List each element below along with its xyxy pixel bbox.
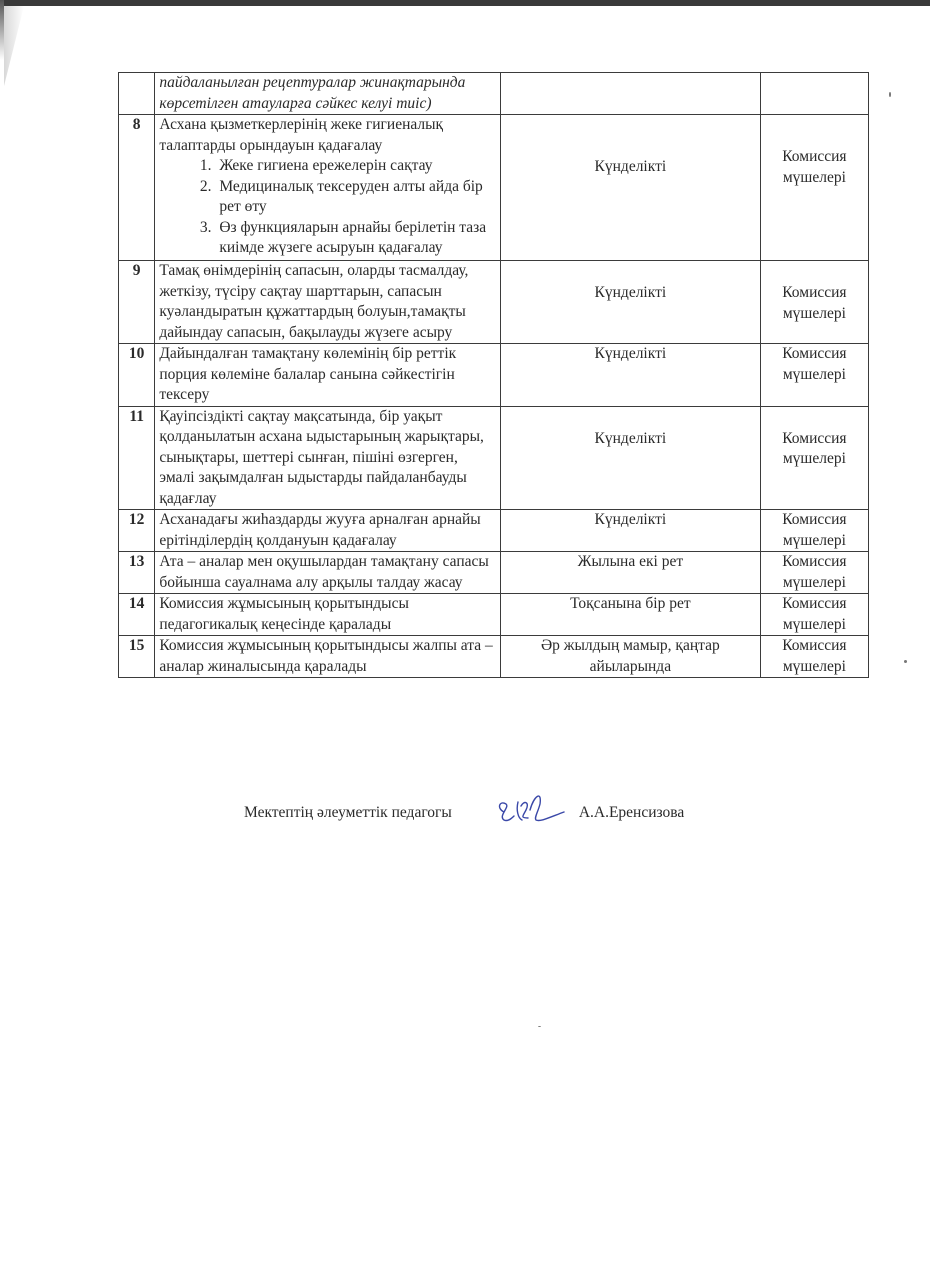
row-number: 14 — [119, 594, 155, 636]
table-row: 13 Ата – аналар мен оқушылардан тамақтан… — [119, 552, 869, 594]
row-description: Қауіпсіздікті сақтау мақсатында, бір уақ… — [155, 406, 501, 510]
table-row: 15 Комиссия жұмысының қорытындысы жалпы … — [119, 636, 869, 678]
row-frequency: Күнделікті — [500, 406, 760, 510]
row-responsible: Комиссия мүшелері — [760, 594, 868, 636]
handwritten-signature-icon — [494, 782, 569, 832]
row-frequency: Күнделікті — [500, 510, 760, 552]
row-frequency — [500, 73, 760, 115]
row-description: Дайындалған тамақтану көлемінің бір ретт… — [155, 344, 501, 407]
row-description: Комиссия жұмысының қорытындысы жалпы ата… — [155, 636, 501, 678]
row-number: 15 — [119, 636, 155, 678]
control-plan-table: пайдаланылған рецептуралар жинақтарында … — [118, 72, 869, 678]
row-description: Комиссия жұмысының қорытындысы педагогик… — [155, 594, 501, 636]
scan-speck — [889, 92, 891, 97]
row-responsible: Комиссия мүшелері — [760, 636, 868, 678]
table-row: 14 Комиссия жұмысының қорытындысы педаго… — [119, 594, 869, 636]
table-row: 9 Тамақ өнімдерінің сапасын, оларды тасм… — [119, 261, 869, 344]
row-responsible: Комиссия мүшелері — [760, 115, 868, 261]
row-number: 8 — [119, 115, 155, 261]
row-frequency: Жылына екі рет — [500, 552, 760, 594]
table-row: 12 Асханадағы жиһаздарды жууға арналған … — [119, 510, 869, 552]
row-responsible: Комиссия мүшелері — [760, 261, 868, 344]
subitem-list: Жеке гигиена ережелерін сақтау Медицинал… — [159, 156, 496, 259]
row-frequency: Күнделікті — [500, 344, 760, 407]
row-frequency: Күнделікті — [500, 115, 760, 261]
row-number: 9 — [119, 261, 155, 344]
row-description: пайдаланылған рецептуралар жинақтарында … — [155, 73, 501, 115]
row-description: Тамақ өнімдерінің сапасын, оларды тасмал… — [155, 261, 501, 344]
row-description: Асхана қызметкерлерінің жеке гигиеналық … — [155, 115, 501, 261]
subitem: Медициналық тексеруден алты айда бір рет… — [215, 177, 496, 218]
row-responsible: Комиссия мүшелері — [760, 344, 868, 407]
row-number: 11 — [119, 406, 155, 510]
subitem: Жеке гигиена ережелерін сақтау — [215, 156, 496, 177]
table-row-continuation: пайдаланылған рецептуралар жинақтарында … — [119, 73, 869, 115]
signatory-name: А.А.Еренсизова — [579, 804, 684, 822]
row-responsible: Комиссия мүшелері — [760, 406, 868, 510]
row-number-cell — [119, 73, 155, 115]
row-number: 13 — [119, 552, 155, 594]
row-frequency: Күнделікті — [500, 261, 760, 344]
scan-speck — [904, 660, 907, 663]
table-row: 11 Қауіпсіздікті сақтау мақсатында, бір … — [119, 406, 869, 510]
row-responsible: Комиссия мүшелері — [760, 552, 868, 594]
signatory-position: Мектептің әлеуметтік педагогы — [244, 804, 452, 822]
row-responsible — [760, 73, 868, 115]
row-frequency: Әр жылдың мамыр, қаңтар айыларында — [500, 636, 760, 678]
subitem: Өз функцияларын арнайы берілетін таза ки… — [215, 218, 496, 259]
row-number: 10 — [119, 344, 155, 407]
signature-block: Мектептің әлеуметтік педагогы А.А.Еренси… — [244, 788, 684, 838]
row-frequency: Тоқсанына бір рет — [500, 594, 760, 636]
scan-edge-left — [0, 0, 4, 60]
row-number: 12 — [119, 510, 155, 552]
scan-shadow — [4, 6, 24, 86]
scan-edge-top — [0, 0, 930, 6]
row-responsible: Комиссия мүшелері — [760, 510, 868, 552]
row-description-text: Асхана қызметкерлерінің жеке гигиеналық … — [159, 116, 443, 154]
scan-speck — [538, 1026, 541, 1027]
row-description: Асханадағы жиһаздарды жууға арналған арн… — [155, 510, 501, 552]
row-description: Ата – аналар мен оқушылардан тамақтану с… — [155, 552, 501, 594]
table-row: 8 Асхана қызметкерлерінің жеке гигиеналы… — [119, 115, 869, 261]
table-row: 10 Дайындалған тамақтану көлемінің бір р… — [119, 344, 869, 407]
